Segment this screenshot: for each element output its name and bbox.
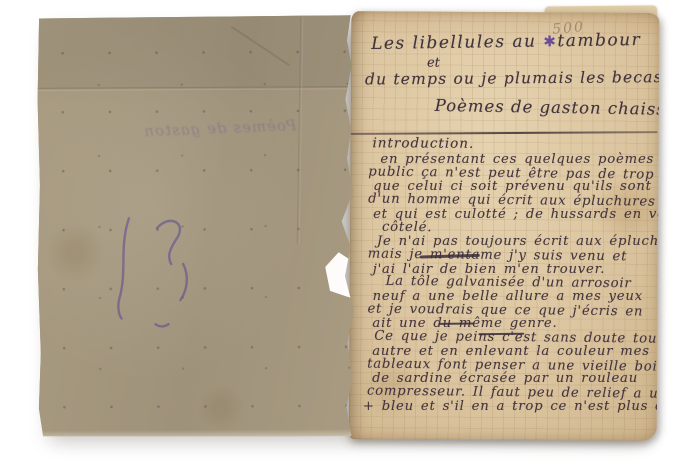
title-line-2: du temps ou je plumais les becasses xyxy=(365,68,659,89)
manuscript-body: en présentant ces quelques poèmes aupubl… xyxy=(363,152,657,414)
title-line-1-text: Les libellules au xyxy=(371,31,544,54)
photo-canvas: Poèmes de gaston 500 Les libellules au ✱… xyxy=(0,0,700,460)
manuscript-page: 500 Les libellules au ✱tambour et du tem… xyxy=(349,11,660,441)
handwritten-line: + bleu et s'il en a trop ce n'est plus d xyxy=(363,400,655,414)
title-inserted-word: et xyxy=(427,56,440,71)
ink-doodle xyxy=(95,206,226,347)
title-line-1: Les libellules au ✱tambour xyxy=(371,30,641,54)
star-mark-icon: ✱ xyxy=(543,32,557,50)
title-line-1-word: tambour xyxy=(557,30,641,51)
ink-offset-ghost-text: Poèmes de gaston xyxy=(106,116,297,142)
back-cover: Poèmes de gaston xyxy=(36,15,354,438)
byline: Poèmes de gaston chaissac gestin xyxy=(435,96,660,120)
cover-crease-vertical xyxy=(297,17,304,243)
cover-crease-horizontal xyxy=(36,86,352,91)
section-heading: introduction. xyxy=(372,135,474,152)
cover-crease-diagonal xyxy=(231,26,290,67)
